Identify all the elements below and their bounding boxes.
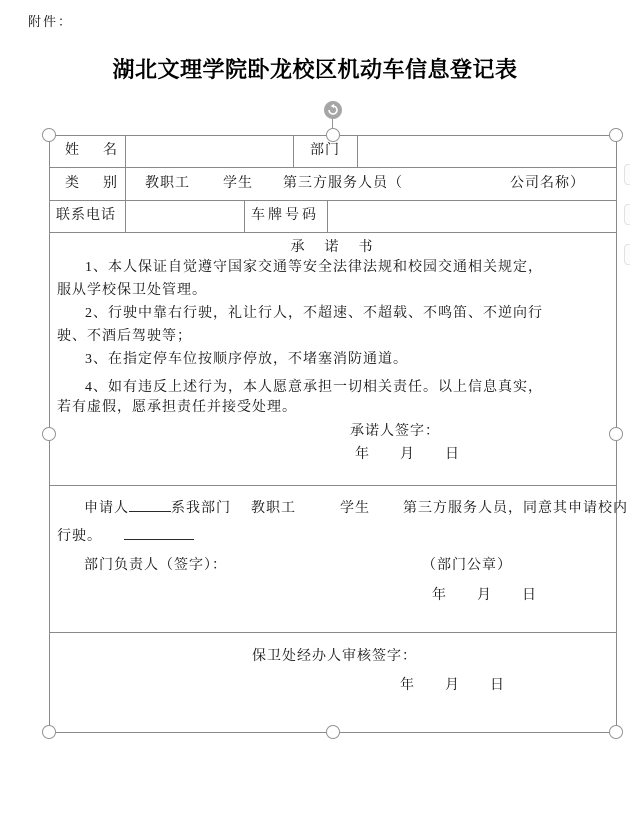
approval-option-student[interactable]: 学生 xyxy=(340,501,370,516)
rotate-handle[interactable] xyxy=(324,101,342,119)
belongs-label: 系我部门 xyxy=(171,501,231,516)
promise-line-6: 4、如有违反上述行为，本人愿意承担一切相关责任。以上信息真实， xyxy=(85,380,543,396)
applicant-blank-underline[interactable] xyxy=(129,499,171,512)
name-input-area[interactable] xyxy=(126,136,293,167)
category-option-staff[interactable]: 教职工 xyxy=(145,176,190,192)
rotate-icon xyxy=(326,103,340,117)
category-option-third-party[interactable]: 第三方服务人员（ xyxy=(283,176,403,192)
promise-line-1: 1、本人保证自觉遵守国家交通等安全法律法规和校园交通相关规定， xyxy=(85,260,543,276)
resize-handle-top-left[interactable] xyxy=(42,128,56,142)
drive-blank-underline[interactable] xyxy=(124,527,194,540)
row-control-button-3[interactable] xyxy=(624,244,630,265)
category-company-suffix: 公司名称） xyxy=(510,176,585,192)
name-label: 姓 名 xyxy=(65,143,122,159)
promise-line-3: 2、行驶中靠右行驶，礼让行人，不超速、不超载、不鸣笛、不逆向行 xyxy=(85,306,543,322)
plate-label: 车牌号码 xyxy=(251,208,319,224)
security-sign-label: 保卫处经办人审核签字： xyxy=(252,649,417,665)
table-border-dept-left xyxy=(293,135,294,167)
dept-seal-label: （部门公章） xyxy=(422,558,512,574)
category-label: 类 别 xyxy=(65,176,122,192)
approval-line-1: 申请人系我部门教职工学生第三方服务人员，同意其申请校内 xyxy=(84,499,628,517)
approval-option-staff[interactable]: 教职工 xyxy=(251,501,296,516)
promise-line-2: 服从学校保卫处管理。 xyxy=(57,283,207,299)
approval-option-third-party[interactable]: 第三方服务人员，同意其申请校内 xyxy=(403,501,628,516)
resize-handle-top-middle[interactable] xyxy=(326,128,340,142)
attachment-label: 附件： xyxy=(28,11,73,30)
approval-date-label: 年 月 日 xyxy=(432,588,537,604)
table-border-row1-bottom xyxy=(49,167,617,168)
resize-handle-middle-left[interactable] xyxy=(42,427,56,441)
approval-line-2: 行驶。 xyxy=(57,527,194,545)
table-border-plate-left xyxy=(244,200,245,232)
promise-title: 承 诺 书 xyxy=(49,236,617,256)
resize-handle-top-right[interactable] xyxy=(609,128,623,142)
dept-input-area[interactable] xyxy=(358,136,616,167)
row-control-button-2[interactable] xyxy=(624,204,630,225)
resize-handle-bottom-right[interactable] xyxy=(609,725,623,739)
promise-line-5: 3、在指定停车位按顺序停放，不堵塞消防通道。 xyxy=(85,352,408,368)
promise-line-7: 若有虚假，愿承担责任并接受处理。 xyxy=(57,400,297,416)
promise-signer-label: 承诺人签字： xyxy=(350,424,440,440)
resize-handle-middle-right[interactable] xyxy=(609,427,623,441)
promise-date-label: 年 月 日 xyxy=(355,447,460,463)
page-title: 湖北文理学院卧龙校区机动车信息登记表 xyxy=(0,53,630,84)
resize-handle-bottom-left[interactable] xyxy=(42,725,56,739)
phone-input-area[interactable] xyxy=(126,201,244,232)
document-page: 附件： 湖北文理学院卧龙校区机动车信息登记表 姓 名 部门 类 别 教职工 学生… xyxy=(0,0,630,813)
promise-line-4: 驶、不酒后驾驶等； xyxy=(57,329,192,345)
drive-label: 行驶。 xyxy=(57,529,102,544)
table-border-row3-bottom xyxy=(49,232,617,233)
resize-handle-bottom-middle[interactable] xyxy=(326,725,340,739)
security-date-label: 年 月 日 xyxy=(400,678,505,694)
plate-input-area[interactable] xyxy=(328,201,616,232)
applicant-label: 申请人 xyxy=(84,501,129,516)
row-control-button-1[interactable] xyxy=(624,164,630,185)
dept-label: 部门 xyxy=(310,143,340,159)
phone-label: 联系电话 xyxy=(56,208,116,224)
table-border-promise-bottom xyxy=(49,485,617,486)
table-border-approval-bottom xyxy=(49,632,617,633)
leader-sign-label: 部门负责人（签字）： xyxy=(84,558,227,574)
category-option-student[interactable]: 学生 xyxy=(223,176,253,192)
